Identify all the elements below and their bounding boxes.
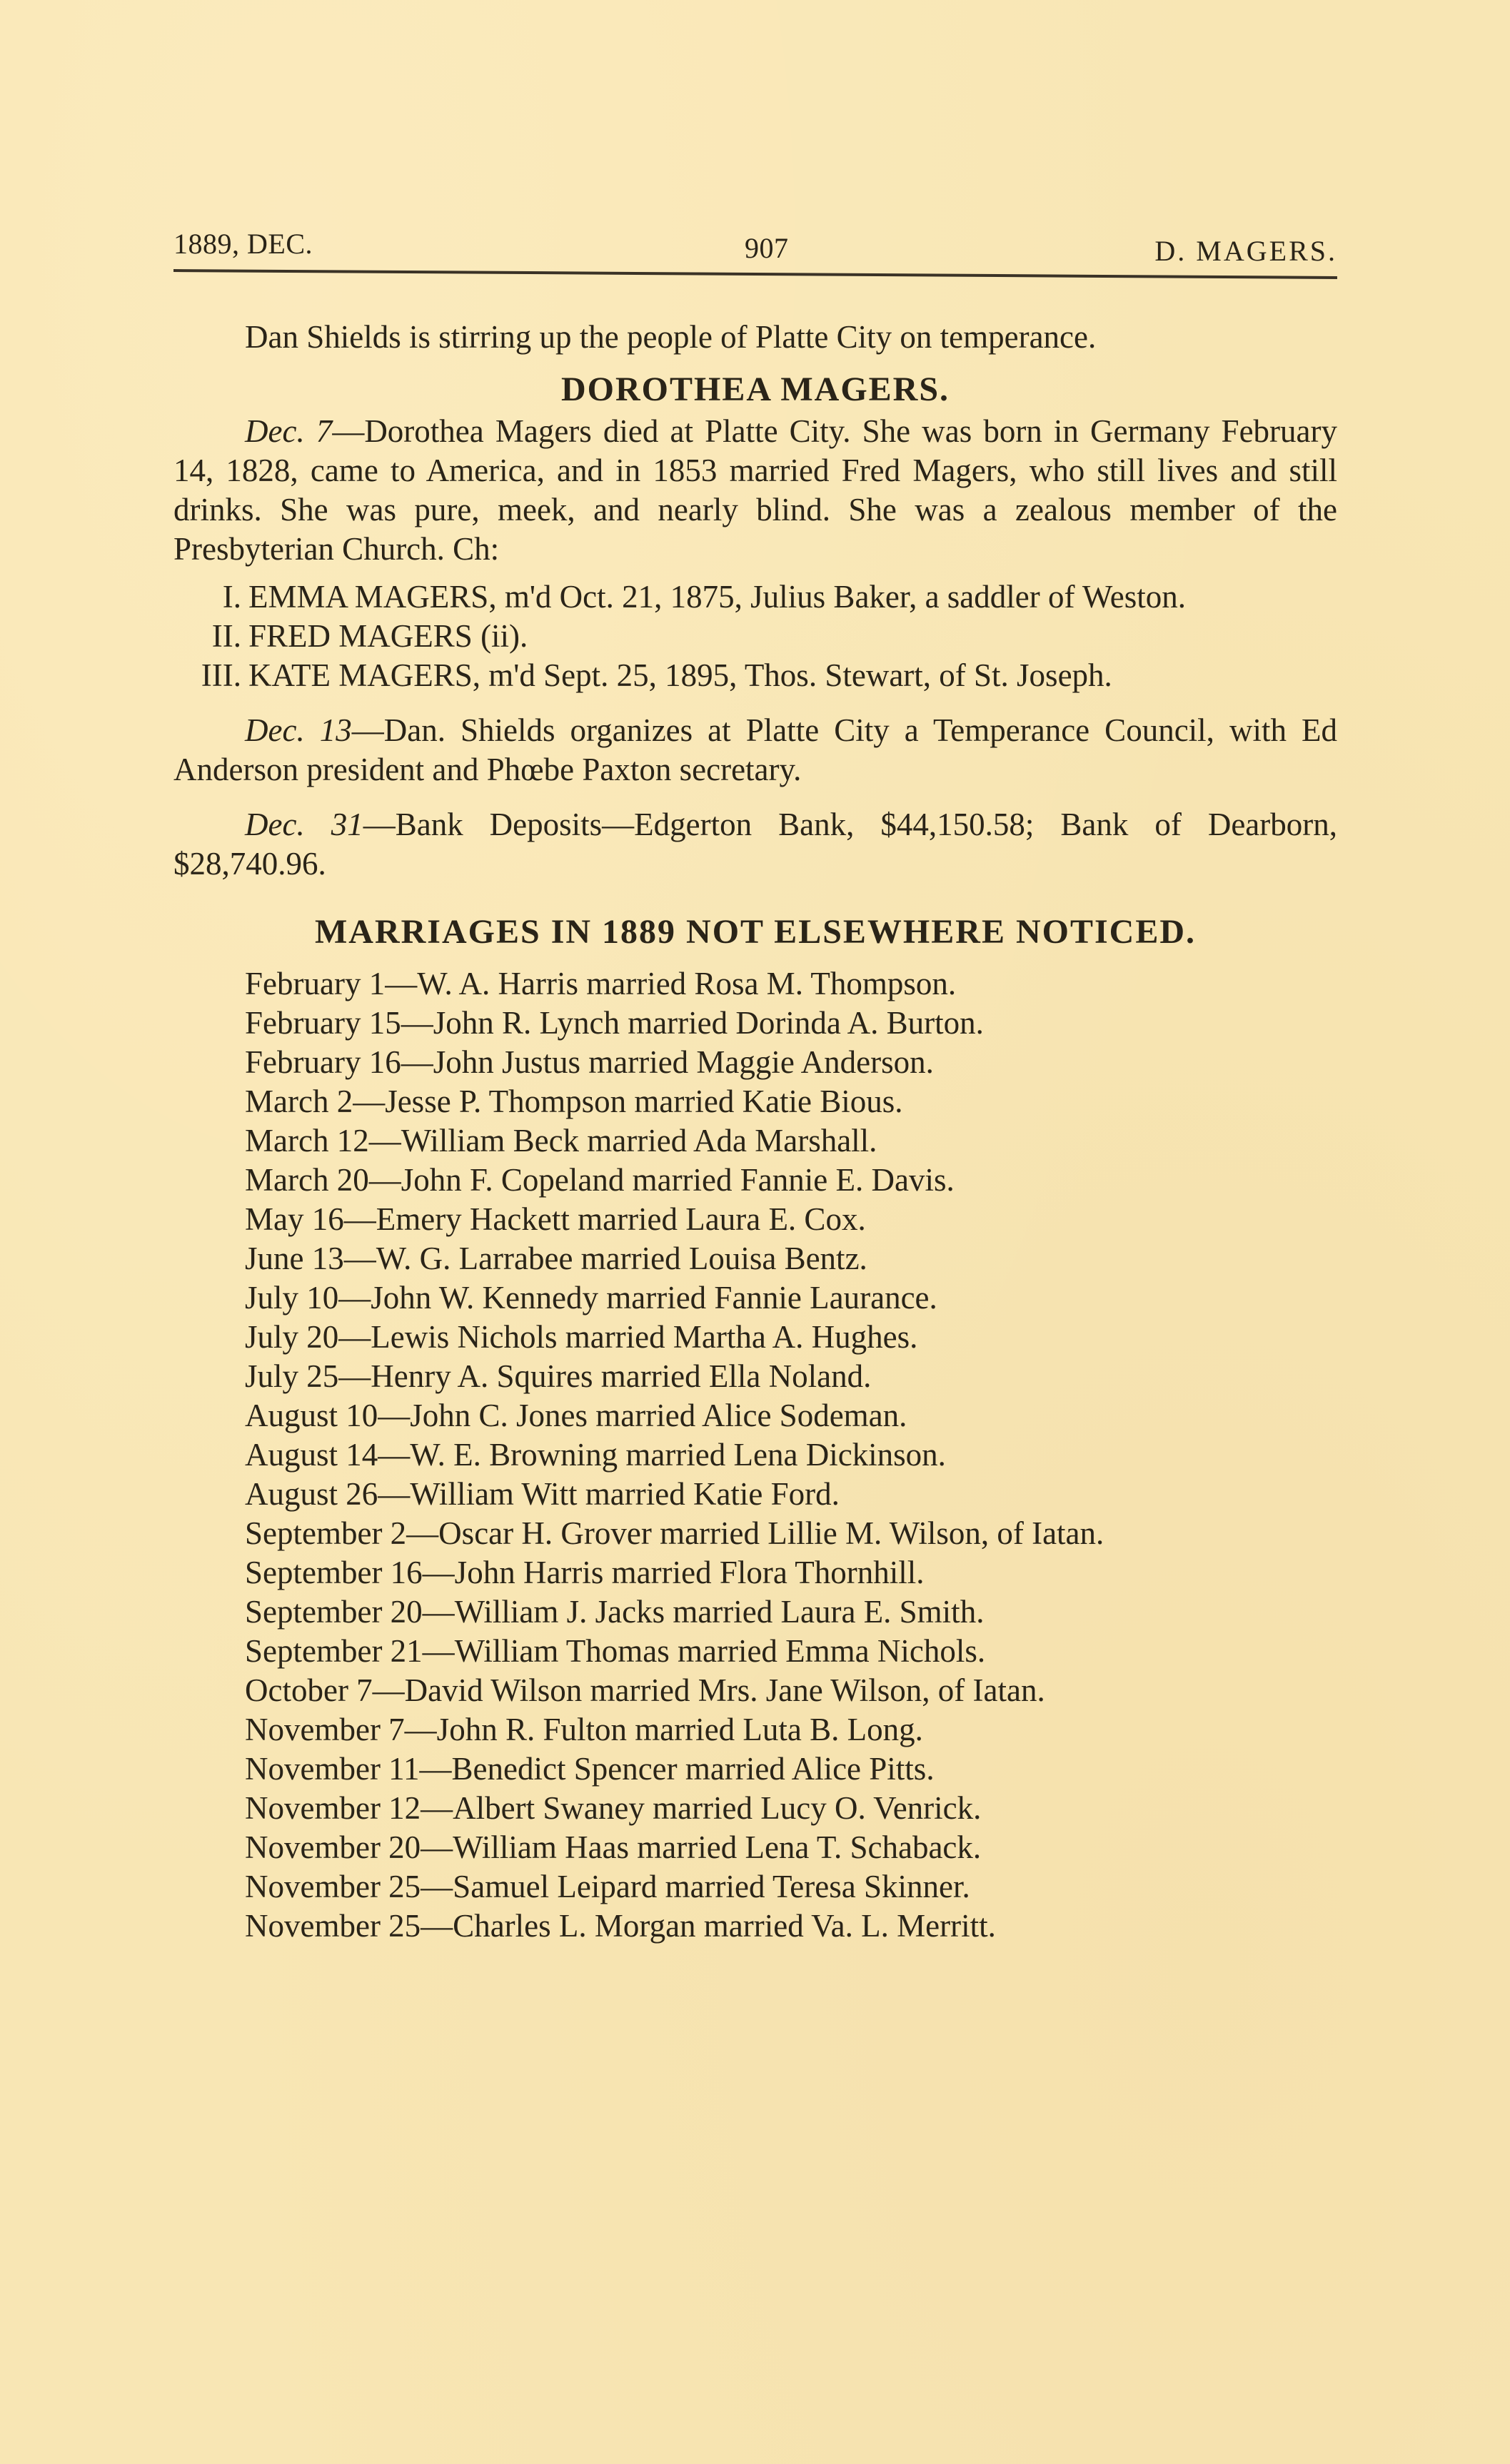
section-heading-dorothea-magers: DOROTHEA MAGERS. bbox=[173, 370, 1337, 409]
child-item: III. KATE MAGERS, m'd Sept. 25, 1895, Th… bbox=[173, 656, 1337, 695]
marriage-entry: November 11—Benedict Spencer married Ali… bbox=[173, 1749, 1337, 1789]
marriage-entry: July 25—Henry A. Squires married Ella No… bbox=[173, 1357, 1337, 1396]
marriage-entry: September 2—Oscar H. Grover married Lill… bbox=[173, 1514, 1337, 1553]
intro-paragraph: Dan Shields is stirring up the people of… bbox=[173, 318, 1337, 357]
marriage-entry: February 1—W. A. Harris married Rosa M. … bbox=[173, 964, 1337, 1004]
child-text: KATE MAGERS, m'd Sept. 25, 1895, Thos. S… bbox=[248, 657, 1112, 693]
running-head: 1889, DEC. 907 D. MAGERS. bbox=[173, 227, 1337, 270]
marriage-entry: February 16—John Justus married Maggie A… bbox=[173, 1043, 1337, 1082]
entry-date: Dec. 13 bbox=[245, 712, 352, 748]
child-text: FRED MAGERS (ii). bbox=[248, 618, 528, 654]
page-body: Dan Shields is stirring up the people of… bbox=[173, 318, 1337, 1946]
marriage-entry: November 7—John R. Fulton married Luta B… bbox=[173, 1710, 1337, 1749]
marriage-entry: November 12—Albert Swaney married Lucy O… bbox=[173, 1789, 1337, 1828]
marriages-list: February 1—W. A. Harris married Rosa M. … bbox=[173, 964, 1337, 1946]
entry-date: Dec. 7 bbox=[245, 413, 332, 449]
running-head-date: 1889, DEC. bbox=[173, 227, 313, 261]
marriage-entry: March 12—William Beck married Ada Marsha… bbox=[173, 1121, 1337, 1161]
header-rule bbox=[173, 269, 1337, 279]
page-number: 907 bbox=[745, 231, 789, 265]
entry-dec-7: Dec. 7—Dorothea Magers died at Platte Ci… bbox=[173, 412, 1337, 569]
marriage-entry: September 20—William J. Jacks married La… bbox=[173, 1592, 1337, 1632]
entry-text: —Dorothea Magers died at Platte City. Sh… bbox=[173, 413, 1337, 567]
marriage-entry: November 25—Charles L. Morgan married Va… bbox=[173, 1907, 1337, 1946]
children-list: I. EMMA MAGERS, m'd Oct. 21, 1875, Juliu… bbox=[173, 577, 1337, 695]
marriage-entry: September 21—William Thomas married Emma… bbox=[173, 1632, 1337, 1671]
marriage-entry: July 10—John W. Kennedy married Fannie L… bbox=[173, 1278, 1337, 1318]
marriage-entry: November 20—William Haas married Lena T.… bbox=[173, 1828, 1337, 1867]
marriage-entry: March 2—Jesse P. Thompson married Katie … bbox=[173, 1082, 1337, 1121]
entry-dec-13: Dec. 13—Dan. Shields organizes at Platte… bbox=[173, 711, 1337, 789]
marriage-entry: May 16—Emery Hackett married Laura E. Co… bbox=[173, 1200, 1337, 1239]
marriage-entry: February 15—John R. Lynch married Dorind… bbox=[173, 1004, 1337, 1043]
child-item: II. FRED MAGERS (ii). bbox=[173, 617, 1337, 656]
marriage-entry: June 13—W. G. Larrabee married Louisa Be… bbox=[173, 1239, 1337, 1278]
entry-date: Dec. 31 bbox=[245, 807, 363, 842]
marriage-entry: August 10—John C. Jones married Alice So… bbox=[173, 1396, 1337, 1435]
marriage-entry: November 25—Samuel Leipard married Teres… bbox=[173, 1867, 1337, 1907]
child-numeral: III. bbox=[173, 656, 241, 695]
section-heading-marriages-1889: MARRIAGES IN 1889 NOT ELSEWHERE NOTICED. bbox=[173, 912, 1337, 951]
marriage-entry: September 16—John Harris married Flora T… bbox=[173, 1553, 1337, 1592]
child-numeral: I. bbox=[173, 577, 241, 617]
marriage-entry: October 7—David Wilson married Mrs. Jane… bbox=[173, 1671, 1337, 1710]
child-text: EMMA MAGERS, m'd Oct. 21, 1875, Julius B… bbox=[248, 579, 1186, 615]
marriage-entry: March 20—John F. Copeland married Fannie… bbox=[173, 1161, 1337, 1200]
marriage-entry: July 20—Lewis Nichols married Martha A. … bbox=[173, 1318, 1337, 1357]
marriage-entry: August 14—W. E. Browning married Lena Di… bbox=[173, 1435, 1337, 1475]
running-head-subject: D. MAGERS. bbox=[1154, 234, 1337, 268]
child-item: I. EMMA MAGERS, m'd Oct. 21, 1875, Juliu… bbox=[173, 577, 1337, 617]
child-numeral: II. bbox=[173, 617, 241, 656]
marriage-entry: August 26—William Witt married Katie For… bbox=[173, 1475, 1337, 1514]
entry-dec-31: Dec. 31—Bank Deposits—Edgerton Bank, $44… bbox=[173, 805, 1337, 884]
